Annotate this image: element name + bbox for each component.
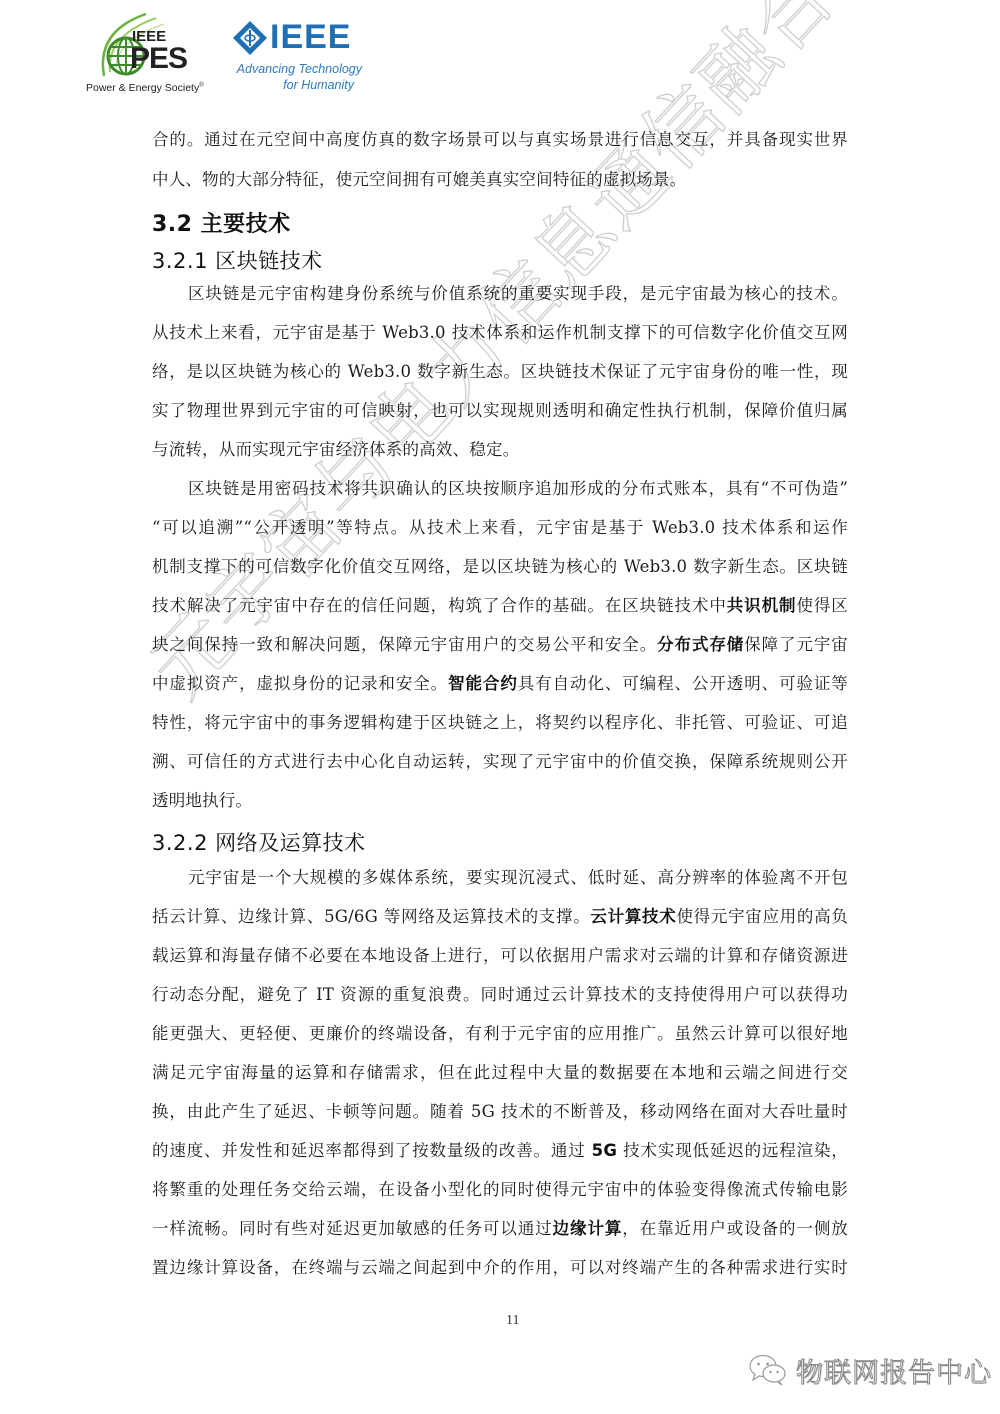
ieee-diamond-icon (232, 20, 268, 56)
bold-term-edge-computing: 边缘计算 (553, 1219, 623, 1238)
blockchain-p2-line-8: 溯、可信任的方式进行去中心化自动运转，实现了元宇宙中的价值交换，保障系统规则公开 (152, 752, 848, 772)
intro-line-2: 中人、物的大部分特征，使元空间拥有可媲美真实空间特征的虚拟场景。 (152, 170, 848, 190)
blockchain-p2-line-1: 区块链是用密码技术将共识确认的区块按顺序追加形成的分布式账本，具有“不可伪造” (188, 479, 848, 499)
network-p-line-6: 满足元宇宙海量的运算和存储需求，但在此过程中大量的数据要在本地和云端之间进行交 (152, 1063, 848, 1083)
network-p-line-3: 载运算和海量存储不必要在本地设备上进行，可以依据用户需求对云端的计算和存储资源进 (152, 946, 848, 966)
pes-logo-main-text: PES (130, 42, 187, 76)
ieee-tagline-line1: Advancing Technology (230, 62, 362, 77)
subsection-heading-3-2-2: 3.2.2 网络及运算技术 (152, 827, 366, 857)
wechat-icon (748, 1353, 788, 1387)
wechat-account-watermark: 物联网报告中心 (748, 1350, 992, 1390)
blockchain-p2-line-6: 中虚拟资产，虚拟身份的记录和安全。智能合约具有自动化、可编程、公开透明、可验证等 (152, 674, 848, 694)
network-p-line-4: 行动态分配，避免了 IT 资源的重复浪费。同时通过云计算技术的支持使得用户可以获… (152, 985, 848, 1005)
bold-term-cloud-computing: 云计算技术 (590, 907, 676, 926)
blockchain-p1-line-2: 从技术上来看，元宇宙是基于 Web3.0 技术体系和运作机制支撑下的可信数字化价… (152, 323, 848, 343)
blockchain-p1-line-4: 实了物理世界到元宇宙的可信映射，也可以实现规则透明和确定性执行机制，保障价值归属 (152, 401, 848, 421)
blockchain-p1-line-3: 络，是以区块链为核心的 Web3.0 数字新生态。区块链技术保证了元宇宙身份的唯… (152, 362, 848, 382)
ieee-pes-logo: IEEE PES Power & Energy Society® (86, 6, 226, 98)
bold-term-5g: 5G (592, 1141, 617, 1160)
blockchain-p1-line-1: 区块链是元宇宙构建身份系统与价值系统的重要实现手段，是元宇宙最为核心的技术。 (188, 284, 848, 304)
subsection-heading-3-2-1: 3.2.1 区块链技术 (152, 245, 323, 275)
network-p-line-9: 将繁重的处理任务交给云端，在设备小型化的同时使得元宇宙中的体验变得像流式传输电影 (152, 1180, 848, 1200)
bold-term-consensus: 共识机制 (727, 596, 797, 615)
ieee-logo-text: IEEE (270, 18, 351, 57)
network-p-line-8: 的速度、并发性和延迟率都得到了按数量级的改善。通过 5G 技术实现低延迟的远程渲… (152, 1141, 848, 1161)
blockchain-p2-line-5: 块之间保持一致和解决问题，保障元宇宙用户的交易公平和安全。分布式存储保障了元宇宙 (152, 635, 848, 655)
blockchain-p1-line-5: 与流转，从而实现元宇宙经济体系的高效、稳定。 (152, 440, 848, 460)
bold-term-smart-contract: 智能合约 (448, 674, 518, 693)
ieee-tagline-line2: for Humanity (230, 78, 354, 93)
ieee-logo: IEEE Advancing Technology for Humanity (230, 18, 370, 98)
pes-logo-subtitle: Power & Energy Society® (86, 82, 204, 94)
bold-term-distributed-storage: 分布式存储 (657, 635, 744, 654)
blockchain-p2-line-2: “可以追溯”“公开透明”等特点。从技术上来看，元宇宙是基于 Web3.0 技术体… (152, 518, 848, 538)
network-p-line-1: 元宇宙是一个大规模的多媒体系统，要实现沉浸式、低时延、高分辨率的体验离不开包 (188, 868, 848, 888)
section-heading-3-2: 3.2 主要技术 (152, 207, 291, 238)
wechat-account-name: 物联网报告中心 (796, 1351, 992, 1390)
intro-line-1: 合的。通过在元空间中高度仿真的数字场景可以与真实场景进行信息交互，并具备现实世界 (152, 130, 848, 150)
network-p-line-11: 置边缘计算设备，在终端与云端之间起到中介的作用，可以对终端产生的各种需求进行实时 (152, 1258, 848, 1278)
page-number: 11 (506, 1313, 519, 1329)
blockchain-p2-line-7: 特性，将元宇宙中的事务逻辑构建于区块链之上，将契约以程序化、非托管、可验证、可追 (152, 713, 848, 733)
network-p-line-5: 能更强大、更轻便、更廉价的终端设备，有利于元宇宙的应用推广。虽然云计算可以很好地 (152, 1024, 848, 1044)
blockchain-p2-line-9: 透明地执行。 (152, 791, 848, 811)
network-p-line-10: 一样流畅。同时有些对延迟更加敏感的任务可以通过边缘计算，在靠近用户或设备的一侧放 (152, 1219, 848, 1239)
document-page: IEEE PES Power & Energy Society® IEEE Ad… (0, 0, 1000, 1414)
blockchain-p2-line-3: 机制支撑下的可信数字化价值交互网络，是以区块链为核心的 Web3.0 数字新生态… (152, 557, 848, 577)
network-p-line-2: 括云计算、边缘计算、5G/6G 等网络及运算技术的支撑。云计算技术使得元宇宙应用… (152, 907, 848, 927)
blockchain-p2-line-4: 技术解决了元宇宙中存在的信任问题，构筑了合作的基础。在区块链技术中共识机制使得区 (152, 596, 848, 616)
network-p-line-7: 换，由此产生了延迟、卡顿等问题。随着 5G 技术的不断普及，移动网络在面对大吞吐… (152, 1102, 848, 1122)
